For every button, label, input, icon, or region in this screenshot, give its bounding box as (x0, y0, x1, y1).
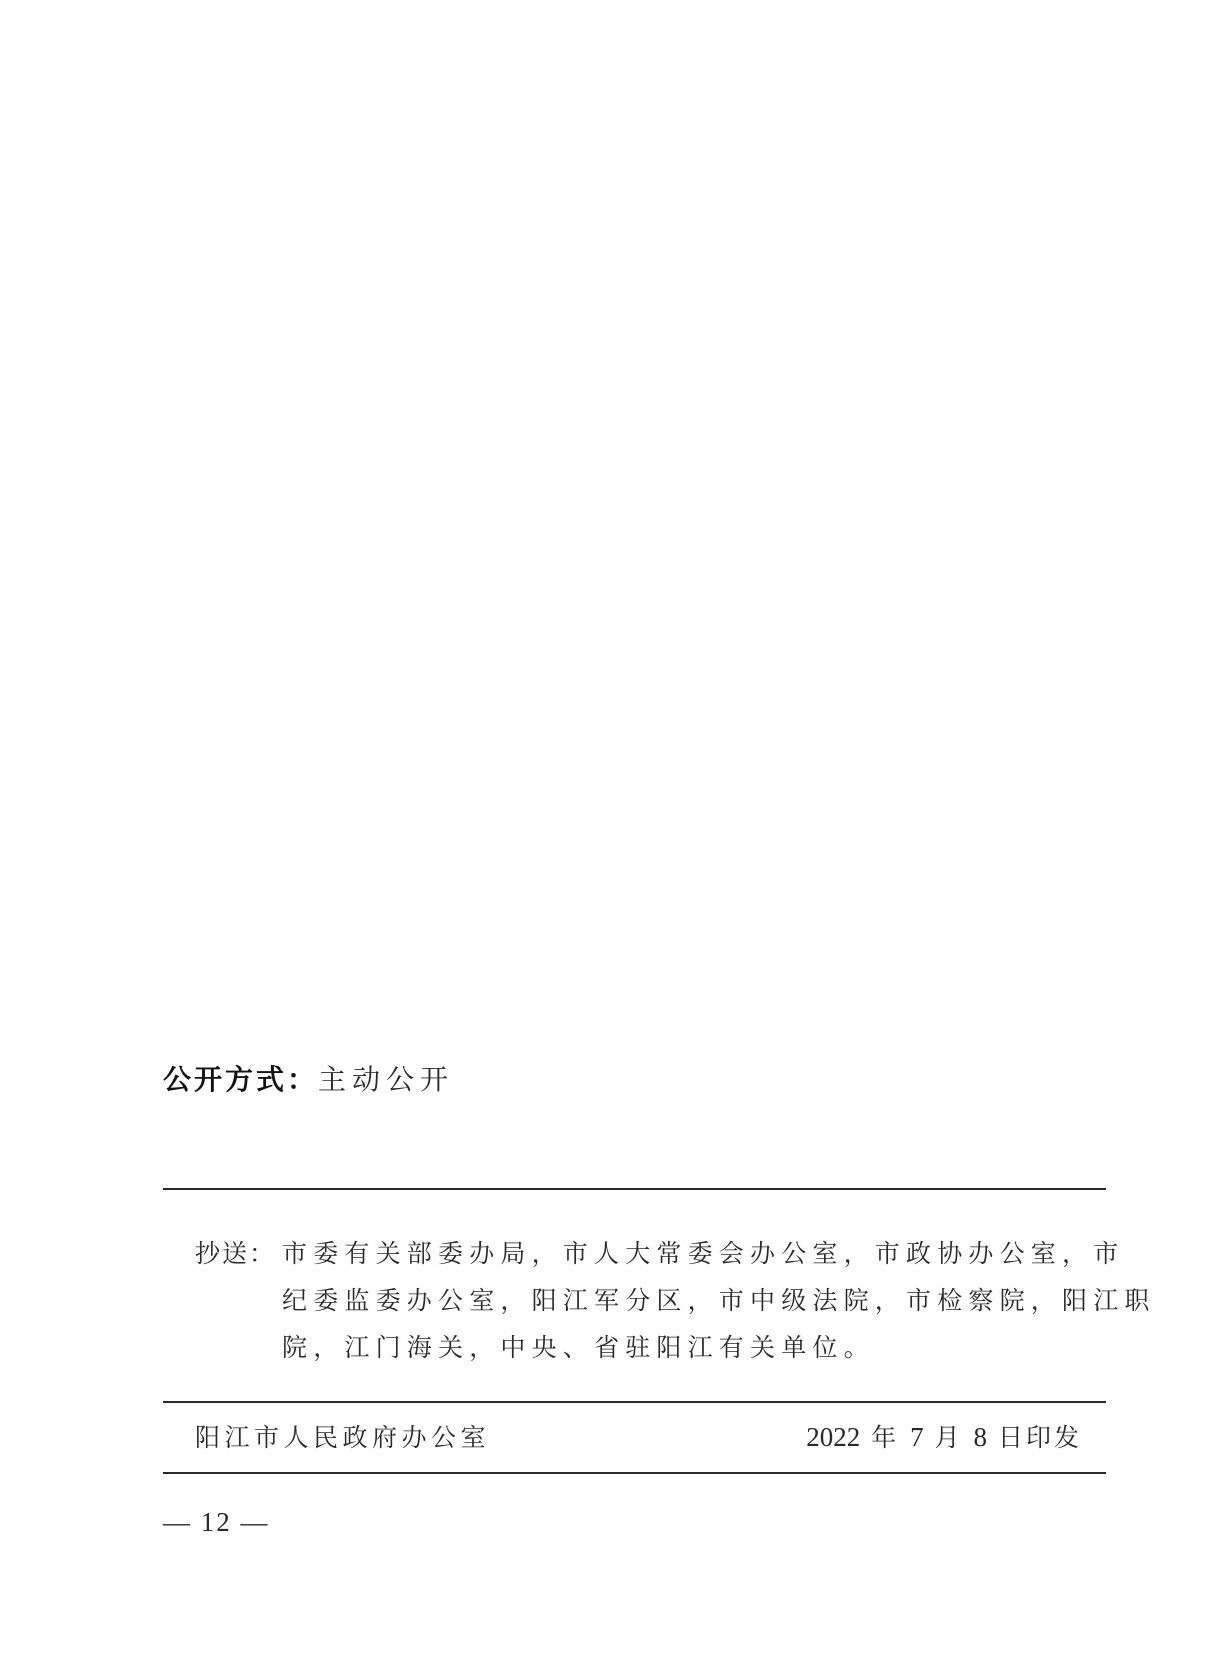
print-year: 2022 (806, 1422, 860, 1452)
top-divider (163, 1188, 1106, 1190)
page-number: — 12 — (163, 1507, 270, 1538)
print-month-unit: 月 (935, 1423, 963, 1452)
disclosure-value: 主动公开 (318, 1063, 454, 1096)
print-month: 7 (910, 1422, 924, 1452)
disclosure-method: 公开方式：主动公开 (163, 1058, 454, 1098)
print-day: 8 (974, 1422, 988, 1452)
print-date: 2022 年 7 月 8 日印发 (806, 1418, 1082, 1454)
print-year-unit: 年 (871, 1423, 899, 1452)
cc-recipients: 市委有关部委办局，市人大常委会办公室，市政协办公室，市 纪委监委办公室，阳江军分… (282, 1230, 1092, 1371)
middle-divider (163, 1401, 1106, 1403)
print-day-unit: 日印发 (998, 1423, 1082, 1452)
cc-line: 院，江门海关，中央、省驻阳江有关单位。 (282, 1324, 1092, 1371)
bottom-divider (163, 1472, 1106, 1474)
document-page: 公开方式：主动公开 抄送： 市委有关部委办局，市人大常委会办公室，市政协办公室，… (0, 0, 1224, 1656)
issuer: 阳江市人民政府办公室 (195, 1418, 490, 1454)
cc-label: 抄送： (195, 1230, 276, 1277)
cc-line: 纪委监委办公室，阳江军分区，市中级法院，市检察院，阳江职 (282, 1277, 1092, 1324)
cc-line: 市委有关部委办局，市人大常委会办公室，市政协办公室，市 (282, 1230, 1092, 1277)
disclosure-label: 公开方式： (163, 1063, 318, 1096)
